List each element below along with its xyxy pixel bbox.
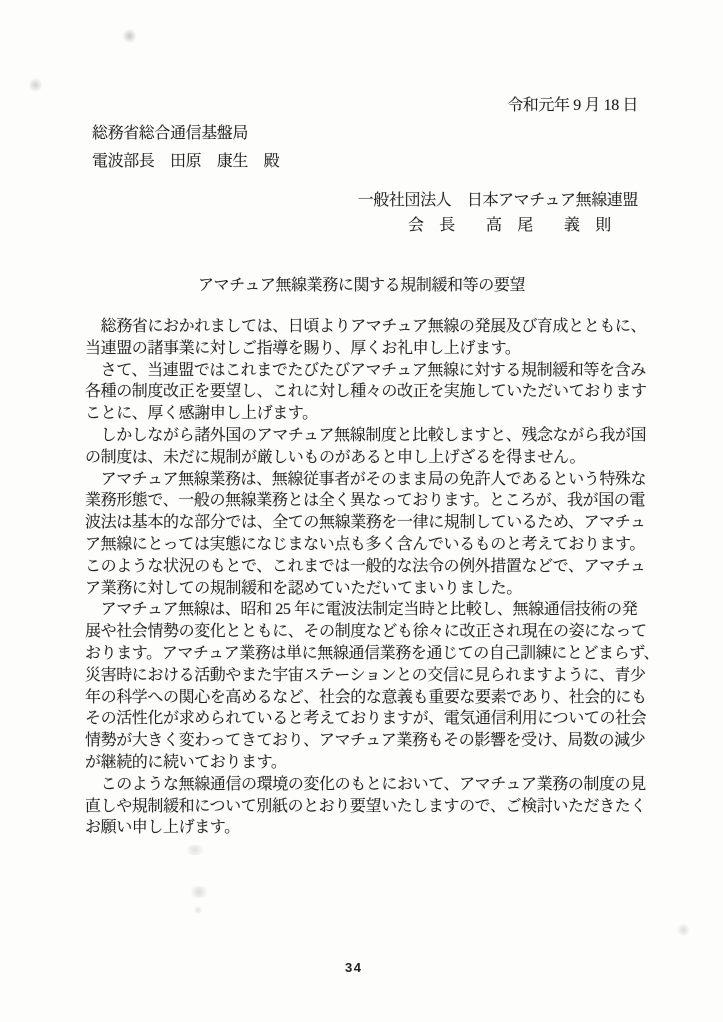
body-line: おります。アマチュア業務は単に無線通信業務を通じての自己訓練にとどまらず、 — [85, 643, 659, 665]
letter-date: 令和元年 9 月 18 日 — [507, 92, 638, 115]
body-line: 波法は基本的な部分では、全ての無線業務を一律に規制しているため、アマチュ — [85, 512, 659, 534]
body-line: しかしながら諸外国のアマチュア無線制度と比較しますと、残念ながら我が国 — [85, 425, 659, 447]
recipient-organization: 総務省総合通信基盤局 — [92, 120, 248, 143]
letter-body: 総務省におかれましては、日頃よりアマチュア無線の発展及び育成とともに、当連盟の諸… — [85, 316, 659, 839]
body-line: 展や社会情勢の変化とともに、その制度なども徐々に改正され現在の姿になって — [85, 621, 659, 643]
sender-organization: 一般社団法人 日本アマチュア無線連盟 — [358, 187, 638, 210]
body-line: お願い申し上げます。 — [85, 817, 659, 839]
body-line: ア業務に対しての規制緩和を認めていただいてまいりました。 — [85, 578, 659, 600]
body-line: このような状況のもとで、これまでは一般的な法令の例外措置などで、アマチュ — [85, 556, 659, 578]
sender-representative: 会 長 高 尾 義 則 — [408, 212, 611, 235]
scan-speck — [183, 845, 207, 855]
body-line: 情勢が大きく変わってきており、アマチュア業務もその影響を受け、局数の減少 — [85, 730, 659, 752]
body-line: その活性化が求められていると考えておりますが、電気通信利用についての社会 — [85, 708, 659, 730]
scan-speck — [188, 886, 210, 898]
body-line: 直しや規制緩和について別紙のとおり要望いたしますので、ご検討いただきたく — [85, 796, 659, 818]
body-line: 当連盟の諸事業に対しご指導を賜り、厚くお礼申し上げます。 — [85, 338, 659, 360]
body-line: ア無線にとっては実態になじまない点も多く含んでいるものと考えております。 — [85, 534, 659, 556]
body-line: 年の科学への関心を高めるなど、社会的な意義も重要な要素であり、社会的にも — [85, 687, 659, 709]
body-line: アマチュア無線業務は、無線従事者がそのまま局の免許人であるという特殊な — [85, 469, 659, 491]
recipient-addressee: 電波部長 田原 康生 殿 — [92, 148, 279, 171]
body-line: 業務形態で、一般の無線業務とは全く異なっております。ところが、我が国の電 — [85, 490, 659, 512]
page-number: 34 — [345, 960, 362, 975]
body-line: アマチュア無線は、昭和 25 年に電波法制定当時と比較し、無線通信技術の発 — [85, 599, 659, 621]
scan-speck — [676, 924, 691, 936]
body-line: さて、当連盟ではこれまでたびたびアマチュア無線に対する規制緩和等を含み — [85, 360, 659, 382]
body-line: 災害時における活動やまた宇宙ステーションとの交信に見られますように、青少 — [85, 665, 659, 687]
body-line: ことに、厚く感謝申し上げます。 — [85, 403, 659, 425]
body-line: 総務省におかれましては、日頃よりアマチュア無線の発展及び育成とともに、 — [85, 316, 659, 338]
body-line: 各種の制度改正を要望し、これに対し種々の改正を実施していただいております — [85, 381, 659, 403]
scan-speck — [29, 77, 42, 93]
body-line: このような無線通信の環境の変化のもとにおいて、アマチュア業務の制度の見 — [85, 774, 659, 796]
document-title: アマチュア無線業務に関する規制緩和等の要望 — [0, 272, 723, 295]
scan-speck — [122, 29, 137, 43]
scan-speck — [193, 906, 203, 914]
body-line: が継続的に続いております。 — [85, 752, 659, 774]
scanned-letter-page: 令和元年 9 月 18 日 総務省総合通信基盤局 電波部長 田原 康生 殿 一般… — [0, 0, 723, 1022]
body-line: の制度は、未だに規制が厳しいものがあると申し上げざるを得ません。 — [85, 447, 659, 469]
